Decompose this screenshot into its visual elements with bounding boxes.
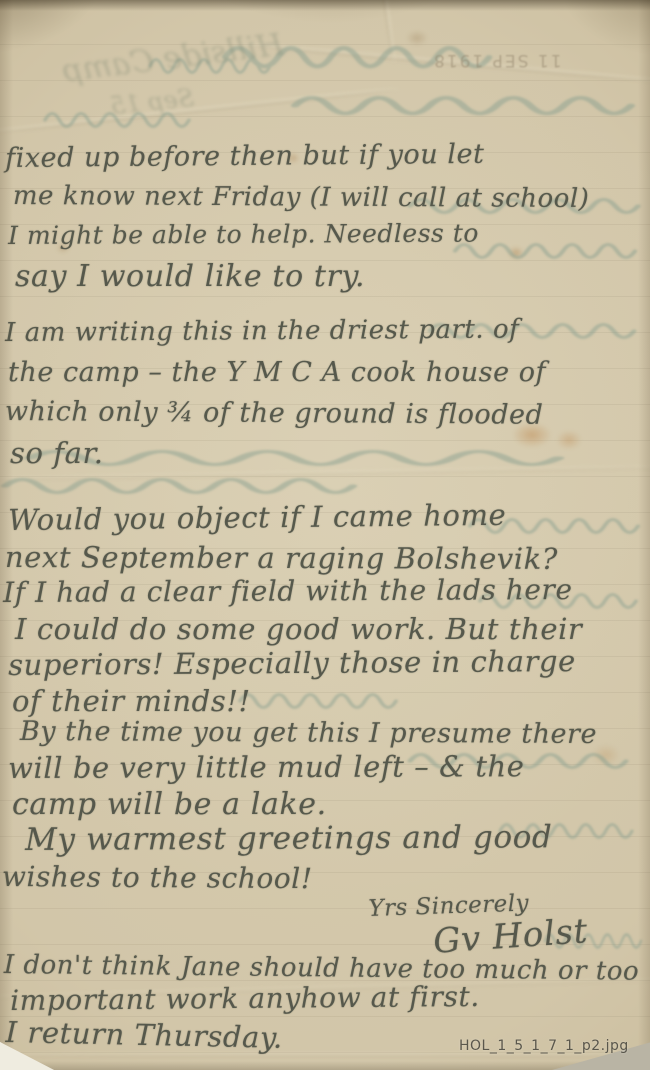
letter-line: I might be able to help. Needless to [8, 219, 479, 250]
letter-line: camp will be a lake. [12, 787, 327, 822]
letter-line: superiors! Especially those in charge [8, 644, 576, 682]
letter-line: so far. [10, 436, 104, 470]
letter-line: By the time you get this I presume there [20, 716, 597, 750]
postscript-line: important work anyhow at first. [10, 980, 480, 1017]
letter-line: me know next Friday (I will call at scho… [13, 181, 590, 214]
bleedthrough-header-line2: Sep 15 [109, 84, 196, 121]
letter-line: If I had a clear field with the lads her… [3, 573, 573, 609]
bleedthrough-header-line1: Hillside Camp [61, 27, 286, 90]
date-stamp-bleedthrough: 11 SEP 1918 [432, 50, 562, 70]
letter-line: My warmest greetings and good [25, 819, 553, 858]
letter-line: will be very little mud left – & the [8, 749, 525, 785]
letter-line: which only ¾ of the ground is flooded [5, 396, 544, 431]
postscript-line: I return Thursday. [5, 1015, 283, 1055]
letter-line: I could do some good work. But their [15, 612, 582, 646]
archive-watermark: HOL_1_5_1_7_1_p2.jpg [459, 1038, 629, 1054]
letter-line: say I would like to try. [15, 259, 365, 294]
letter-line: I am writing this in the driest part. of [5, 314, 519, 348]
letter-line: of their minds!! [12, 684, 251, 718]
letter-line: wishes to the school! [2, 860, 313, 895]
letter-line: fixed up before then but if you let [5, 139, 485, 174]
letter-line: next September a raging Bolshevik? [5, 540, 558, 576]
letter-line: the camp – the Y M C A cook house of [8, 357, 546, 388]
scanned-letter-page: Hillside Camp Sep 15 11 SEP 1918 fixed u… [0, 0, 650, 1070]
letter-line: Would you object if I came home [8, 498, 506, 537]
